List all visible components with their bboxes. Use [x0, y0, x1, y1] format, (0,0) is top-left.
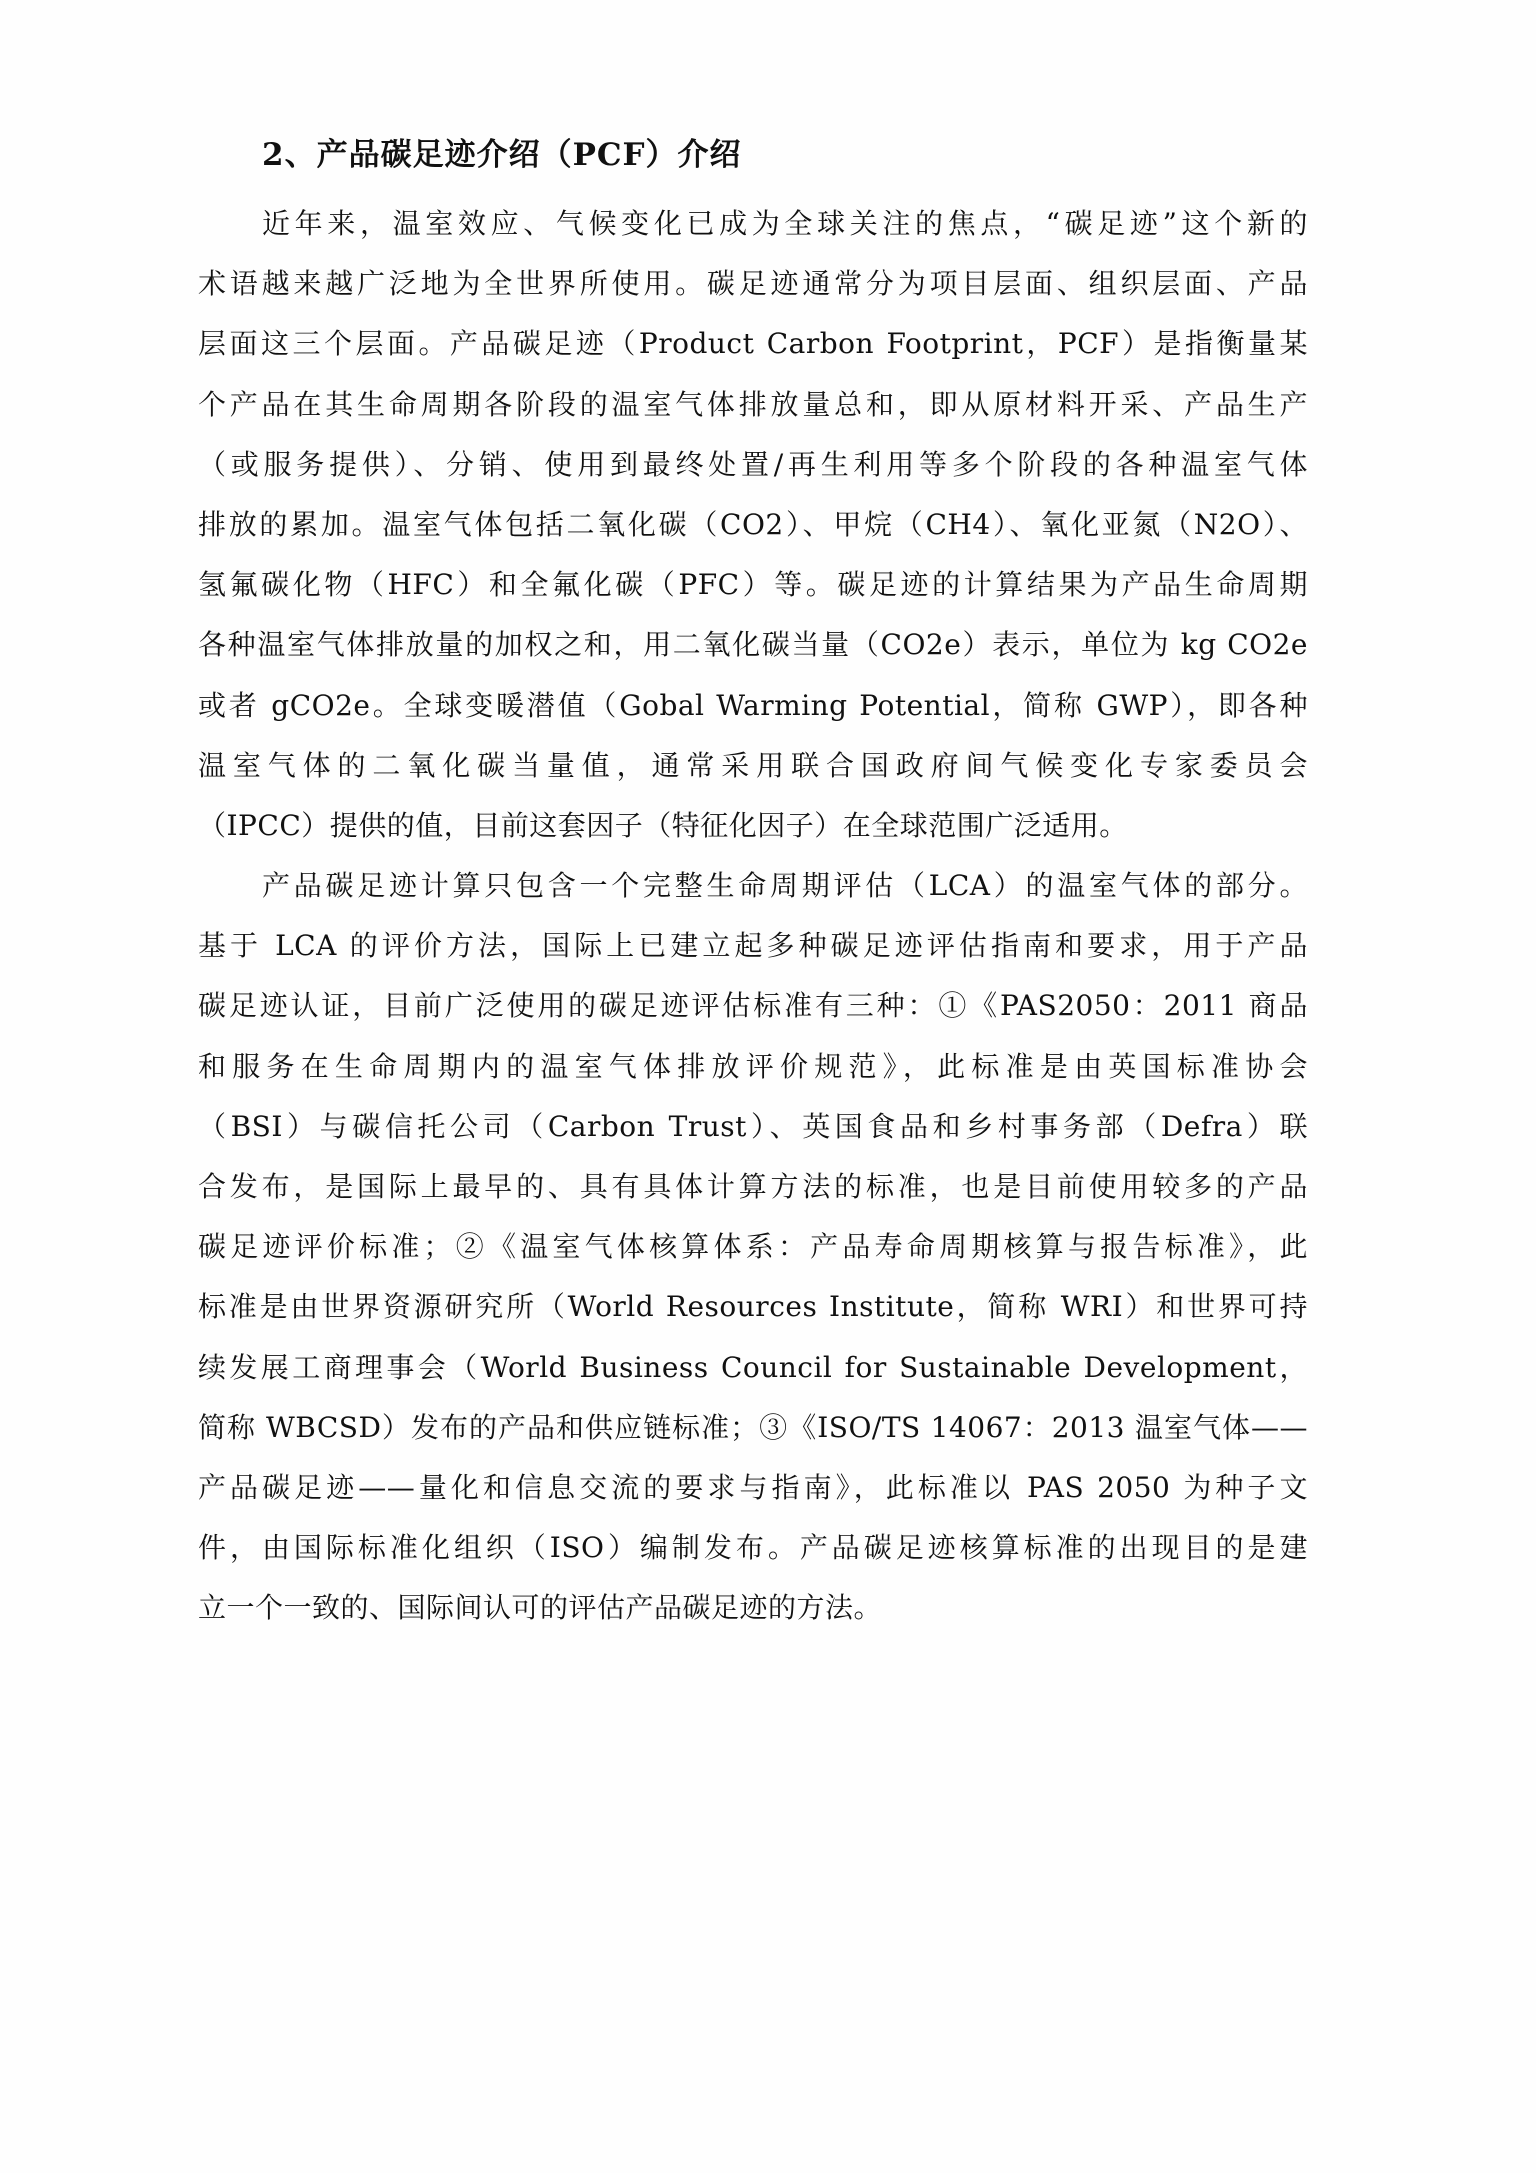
paragraph-2: 产品碳足迹计算只包含一个完整生命周期评估（LCA）的温室气体的部分。 基于 LC…	[198, 856, 1308, 1638]
text-line: 个产品在其生命周期各阶段的温室气体排放量总和，即从原材料开采、产品生产	[198, 375, 1308, 435]
text-line: 碳足迹评价标准；②《温室气体核算体系：产品寿命周期核算与报告标准》，此	[198, 1217, 1308, 1277]
text-line: （或服务提供）、分销、使用到最终处置/再生利用等多个阶段的各种温室气体	[198, 435, 1308, 495]
text-line: 产品碳足迹计算只包含一个完整生命周期评估（LCA）的温室气体的部分。	[198, 856, 1308, 916]
document-page: 2、产品碳足迹介绍（PCF）介绍 近年来，温室效应、气候变化已成为全球关注的焦点…	[0, 0, 1536, 2173]
text-line: （BSI）与碳信托公司（Carbon Trust）、英国食品和乡村事务部（Def…	[198, 1097, 1308, 1157]
text-line: 碳足迹认证，目前广泛使用的碳足迹评估标准有三种：①《PAS2050：2011 商…	[198, 976, 1308, 1036]
section-heading: 2、产品碳足迹介绍（PCF）介绍	[262, 130, 742, 180]
text-line: 层面这三个层面。产品碳足迹（Product Carbon Footprint，P…	[198, 314, 1308, 374]
text-line: （IPCC）提供的值，目前这套因子（特征化因子）在全球范围广泛适用。	[198, 796, 1308, 856]
text-line: 术语越来越广泛地为全世界所使用。碳足迹通常分为项目层面、组织层面、产品	[198, 254, 1308, 314]
text-line: 各种温室气体排放量的加权之和，用二氧化碳当量（CO2e）表示，单位为 kg CO…	[198, 615, 1308, 675]
text-line: 件，由国际标准化组织（ISO）编制发布。产品碳足迹核算标准的出现目的是建	[198, 1518, 1308, 1578]
text-line: 合发布，是国际上最早的、具有具体计算方法的标准，也是目前使用较多的产品	[198, 1157, 1308, 1217]
text-line: 基于 LCA 的评价方法，国际上已建立起多种碳足迹评估指南和要求，用于产品	[198, 916, 1308, 976]
text-line: 近年来，温室效应、气候变化已成为全球关注的焦点，“碳足迹”这个新的	[198, 194, 1308, 254]
text-line: 和服务在生命周期内的温室气体排放评价规范》，此标准是由英国标准协会	[198, 1037, 1308, 1097]
text-line: 简称 WBCSD）发布的产品和供应链标准；③《ISO/TS 14067：2013…	[198, 1398, 1308, 1458]
text-line: 产品碳足迹——量化和信息交流的要求与指南》，此标准以 PAS 2050 为种子文	[198, 1458, 1308, 1518]
text-line: 温室气体的二氧化碳当量值，通常采用联合国政府间气候变化专家委员会	[198, 736, 1308, 796]
text-line: 续发展工商理事会（World Business Council for Sust…	[198, 1338, 1308, 1398]
text-line: 标准是由世界资源研究所（World Resources Institute，简称…	[198, 1277, 1308, 1337]
paragraph-1: 近年来，温室效应、气候变化已成为全球关注的焦点，“碳足迹”这个新的 术语越来越广…	[198, 194, 1308, 856]
text-line: 或者 gCO2e。全球变暖潜值（Gobal Warming Potential，…	[198, 676, 1308, 736]
text-line: 排放的累加。温室气体包括二氧化碳（CO2）、甲烷（CH4）、氧化亚氮（N2O）、	[198, 495, 1308, 555]
text-line: 氢氟碳化物（HFC）和全氟化碳（PFC）等。碳足迹的计算结果为产品生命周期	[198, 555, 1308, 615]
document-body: 近年来，温室效应、气候变化已成为全球关注的焦点，“碳足迹”这个新的 术语越来越广…	[198, 194, 1308, 1639]
text-line: 立一个一致的、国际间认可的评估产品碳足迹的方法。	[198, 1578, 1308, 1638]
